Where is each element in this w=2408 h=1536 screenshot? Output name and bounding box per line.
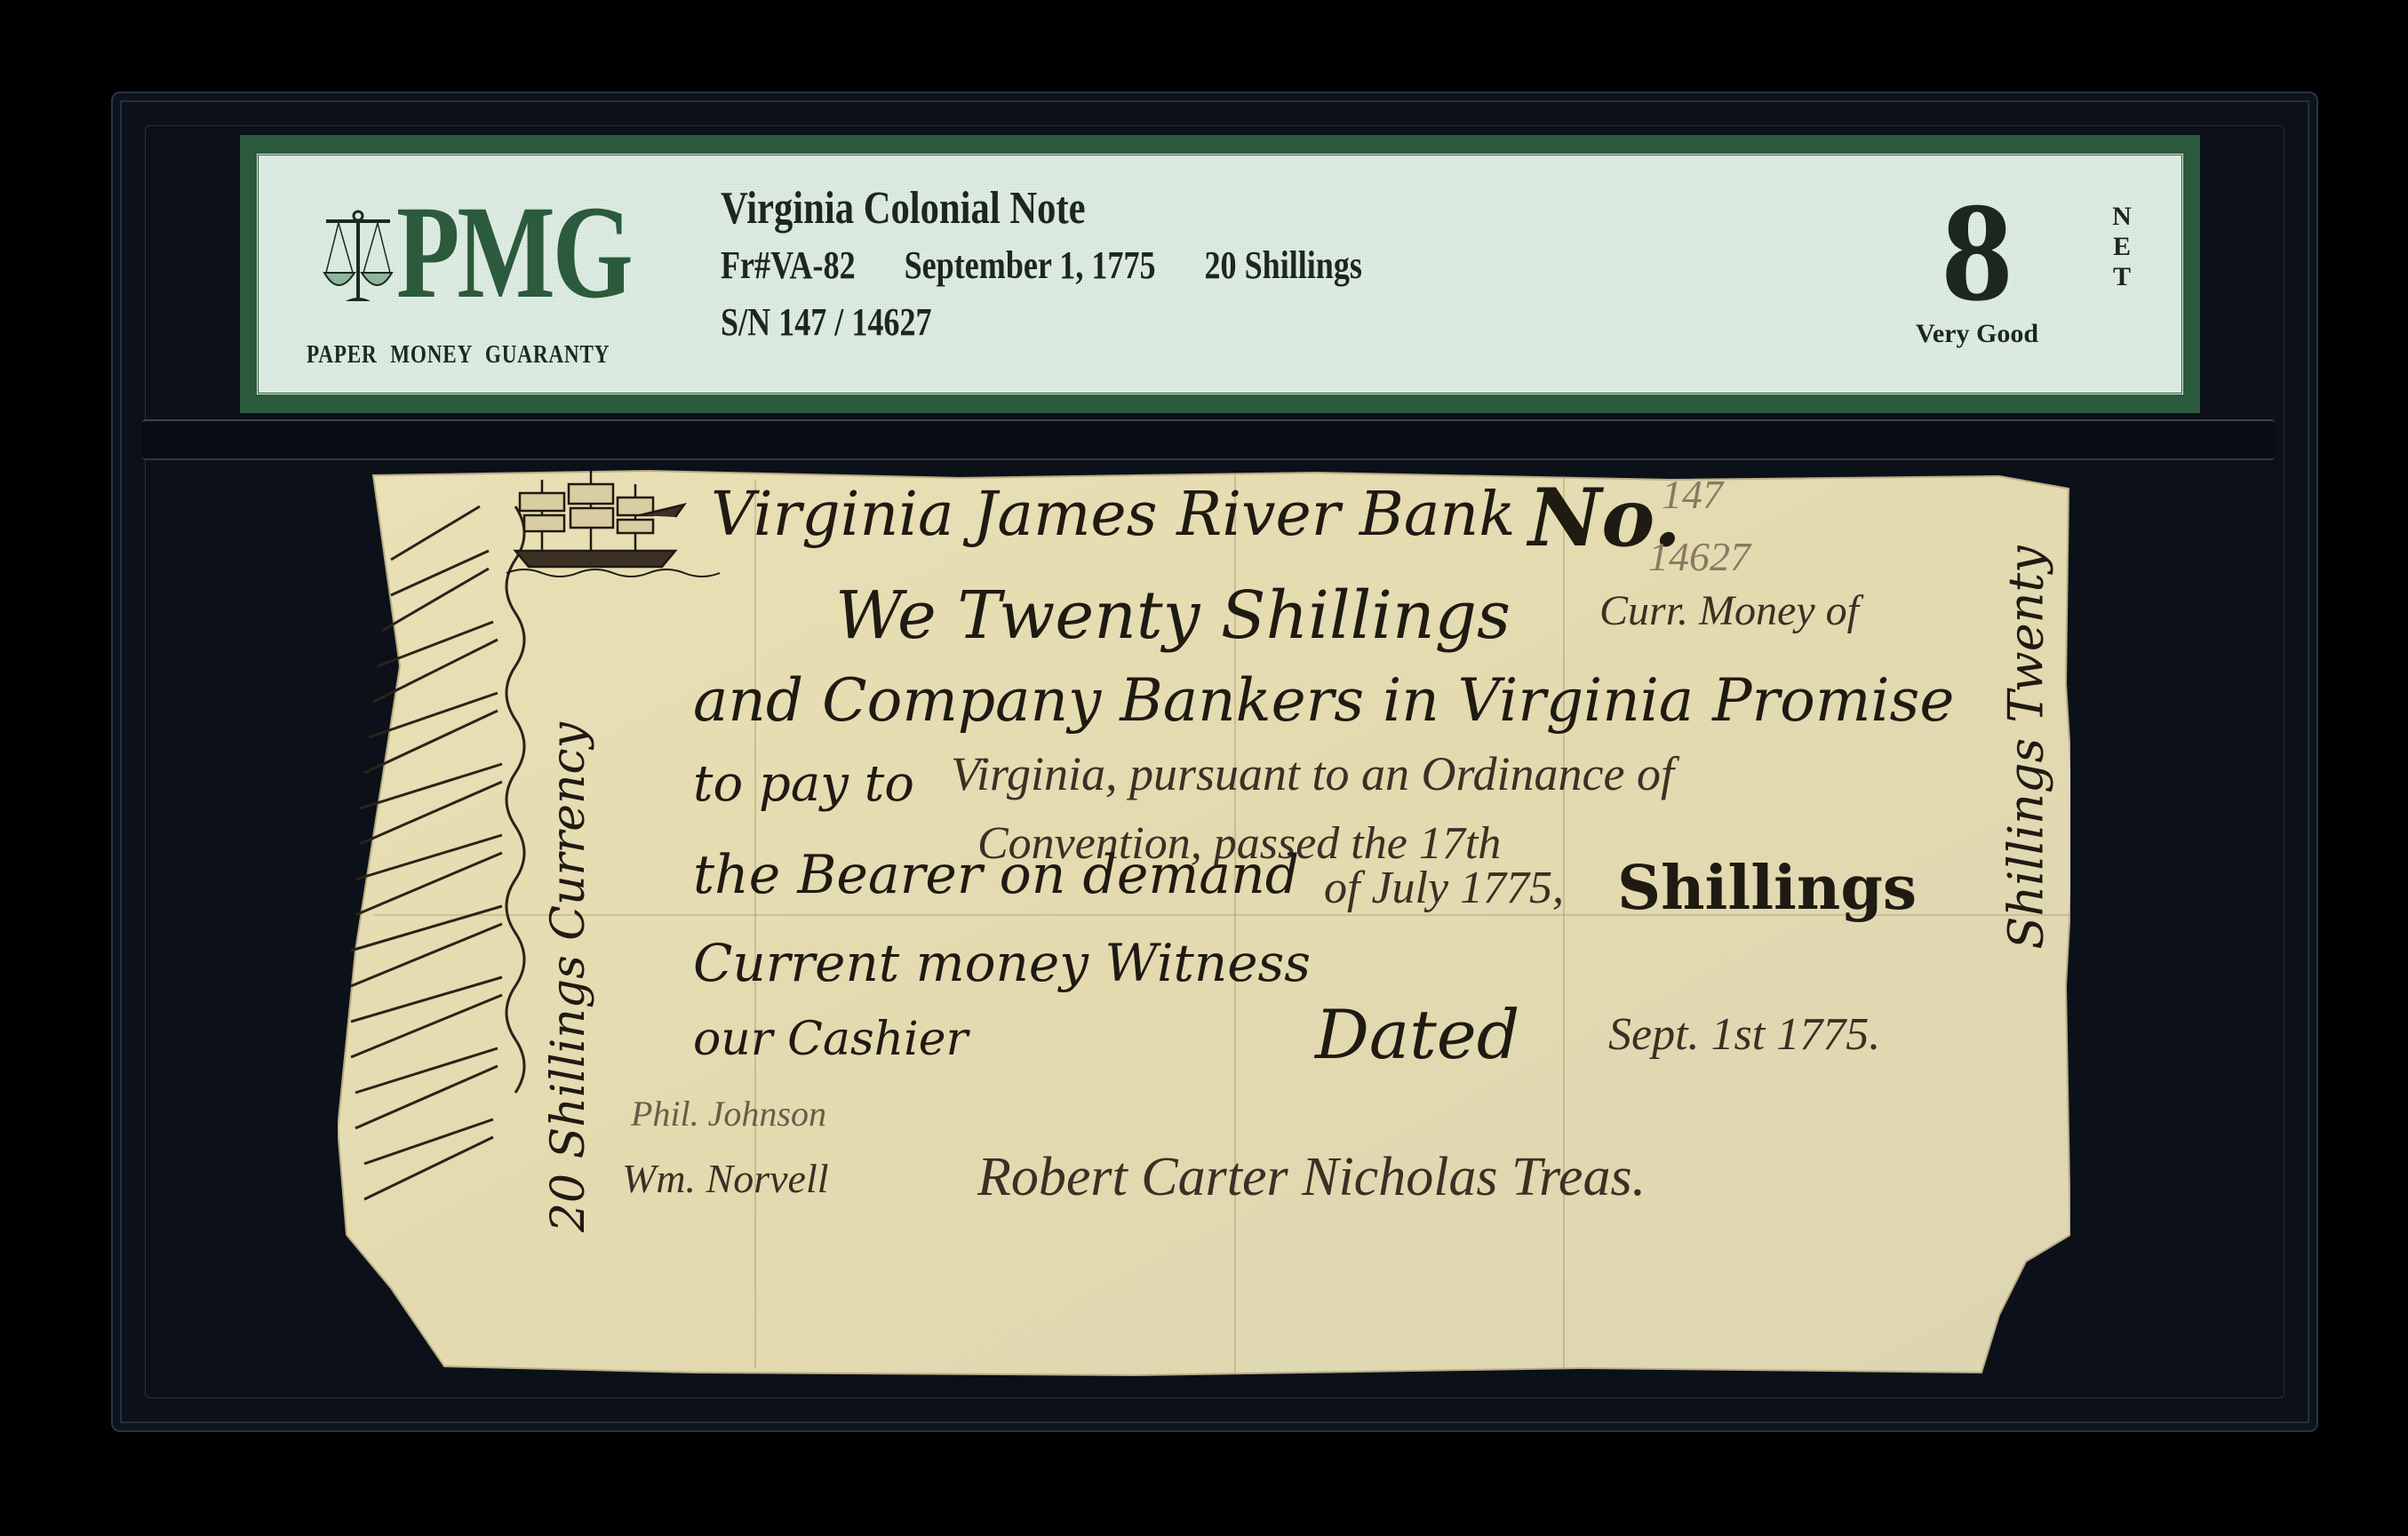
serial-bottom: 14627 <box>1648 533 1750 580</box>
note-line-4: the Bearer on demand <box>693 844 1299 906</box>
issue-date: September 1, 1775 <box>905 243 1156 287</box>
pmg-logo-text: PMG <box>396 186 631 319</box>
grade-description: Very Good <box>1888 319 2066 349</box>
signature-norvell: Wm. Norvell <box>622 1155 829 1202</box>
scales-of-justice-icon <box>321 209 395 306</box>
net-text: NET <box>2109 202 2135 292</box>
left-vertical-text: 20 Shillings Currency <box>542 693 595 1261</box>
dated-hand: Sept. 1st 1775. <box>1608 1008 1880 1061</box>
bank-name: Virginia James River Bank <box>711 480 1515 550</box>
catalog-number: Fr#VA-82 <box>721 243 856 287</box>
note-line-1-hand: Curr. Money of <box>1599 586 1859 635</box>
right-vertical-text: Shillings Twenty <box>1998 535 2054 961</box>
note-line-6: our Cashier <box>693 1013 968 1066</box>
note-title: Virginia Colonial Note <box>721 182 1403 235</box>
grade-block: 8 Very Good <box>1888 180 2066 349</box>
colonial-note: Virginia James River Bank No. 147 14627 … <box>338 453 2070 1377</box>
note-info: Virginia Colonial Note Fr#VA-82 Septembe… <box>721 182 1552 349</box>
grade-qualifier: NET <box>2109 202 2135 292</box>
note-line-4-hand-2: of July 1775, <box>1324 862 1564 914</box>
note-line-2: and Company Bankers in Virginia Promise <box>693 666 1954 735</box>
pmg-tagline: PAPER MONEY GUARANTY <box>307 340 610 370</box>
serial-number: S/N 147 / 14627 <box>721 296 1403 349</box>
signature-johnson: Phil. Johnson <box>631 1093 826 1134</box>
note-line-3: to pay to <box>693 755 914 813</box>
grade-number: 8 <box>1888 180 2066 322</box>
signature-nicholas: Robert Carter Nicholas Treas. <box>977 1146 1646 1209</box>
label-panel: PMG PAPER MONEY GUARANTY Virginia Coloni… <box>256 153 2184 395</box>
denomination: 20 Shillings <box>1204 243 1361 287</box>
note-line-3-hand: Virginia, pursuant to an Ordinance of <box>951 746 1674 801</box>
note-line-5: Current money Witness <box>693 933 1311 993</box>
grading-label: PMG PAPER MONEY GUARANTY Virginia Coloni… <box>240 135 2200 413</box>
net-letter: N <box>2109 202 2135 232</box>
net-letter: T <box>2109 262 2135 292</box>
serial-top: 147 <box>1662 471 1723 518</box>
shillings-text: Shillings <box>1617 853 1917 924</box>
dated-text: Dated <box>1315 995 1519 1074</box>
net-letter: E <box>2109 232 2135 262</box>
note-details: Fr#VA-82 September 1, 1775 20 Shillings <box>721 239 1403 292</box>
pmg-logo: PMG PAPER MONEY GUARANTY <box>303 182 650 386</box>
note-line-1: We Twenty Shillings <box>835 577 1511 654</box>
